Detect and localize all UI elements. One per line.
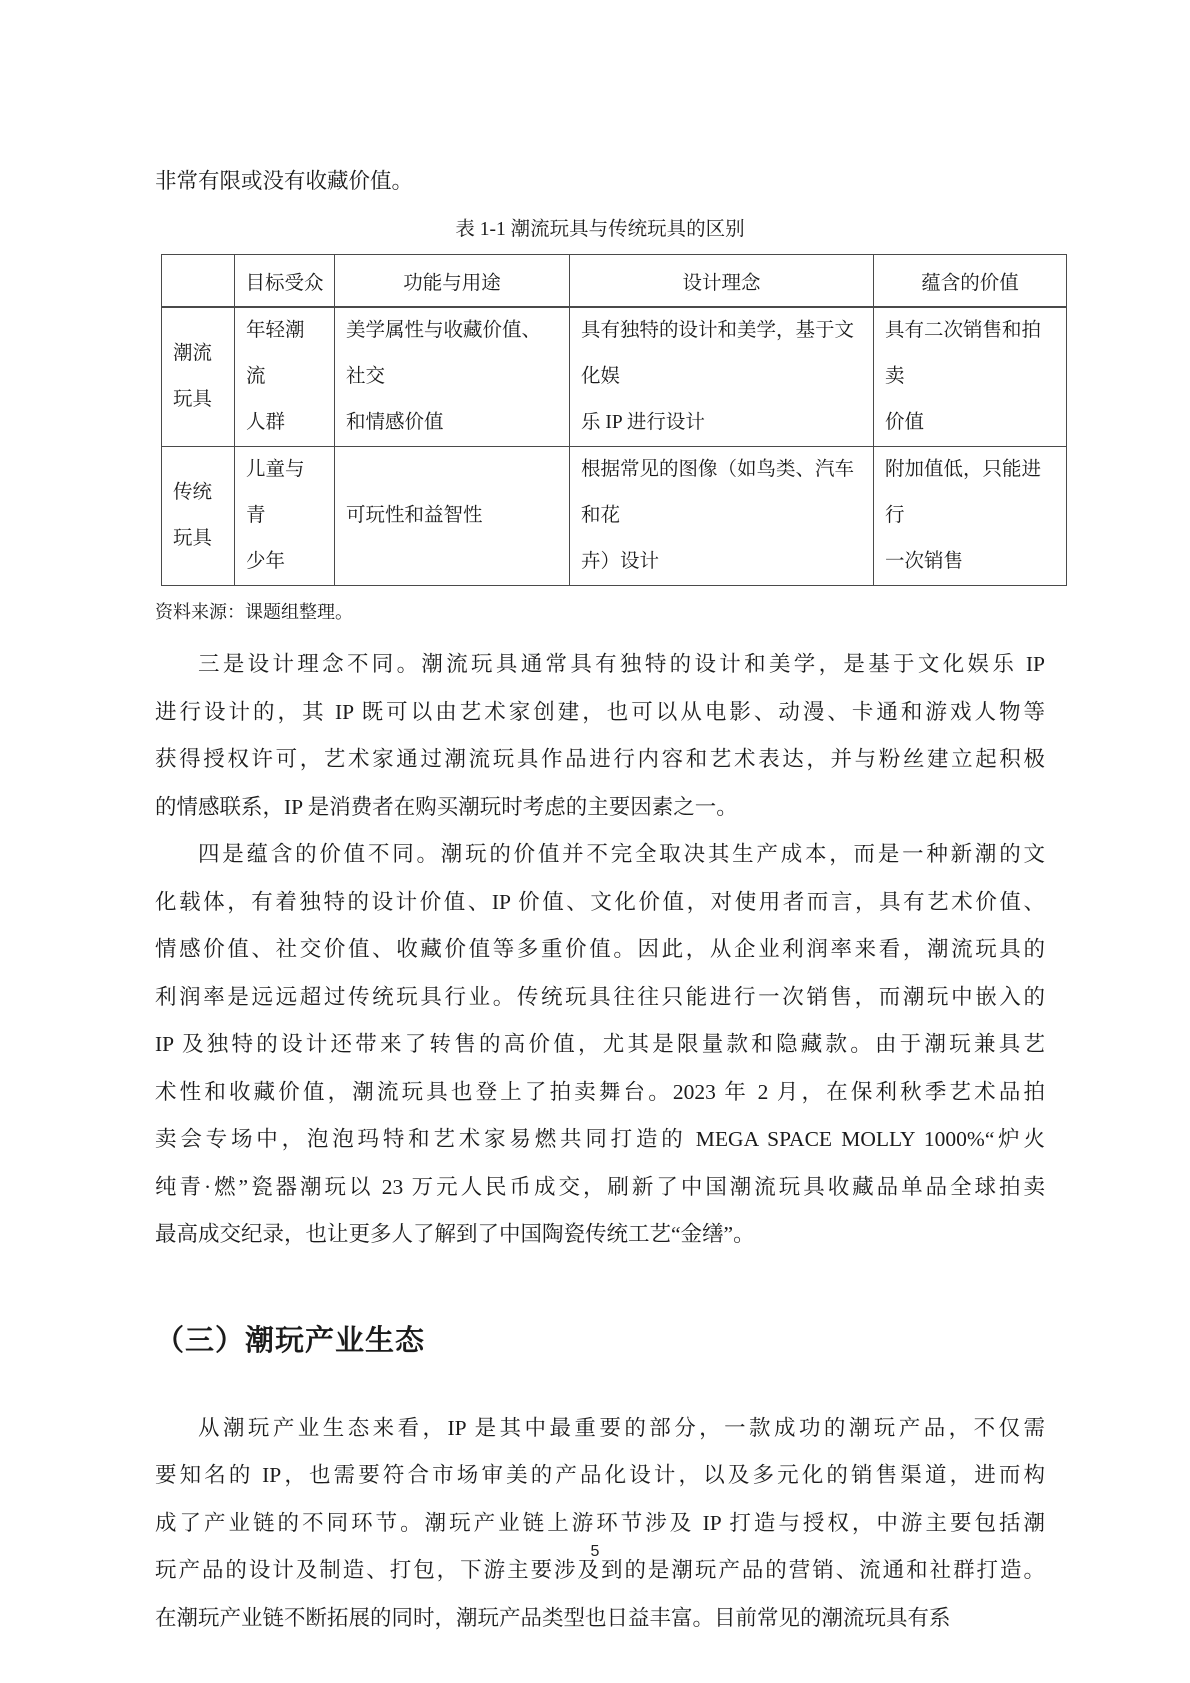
text-line: 卖会专场中，泡泡玛特和艺术家易燃共同打造的 MEGA SPACE MOLLY 1…: [155, 1116, 1045, 1164]
row-label: 潮流 玩具: [162, 307, 235, 447]
section-heading: （三）潮玩产业生态: [155, 1321, 1045, 1361]
text-line: 四是蕴含的价值不同。潮玩的价值并不完全取决其生产成本，而是一种新潮的文: [155, 831, 1045, 879]
table-cell-design: 根据常见的图像（如鸟类、汽车和花 卉）设计: [570, 447, 874, 586]
text-line: 化载体，有着独特的设计价值、IP 价值、文化价值，对使用者而言，具有艺术价值、: [155, 879, 1045, 927]
text-line: 成了产业链的不同环节。潮玩产业链上游环节涉及 IP 打造与授权，中游主要包括潮: [155, 1500, 1045, 1548]
table-cell-function: 美学属性与收藏价值、社交 和情感价值: [335, 307, 570, 447]
paragraph-industry-ecology: 从潮玩产业生态来看，IP 是其中最重要的部分，一款成功的潮玩产品，不仅需 要知名…: [155, 1405, 1045, 1643]
table-row-traditional-toys: 传统 玩具 儿童与青 少年 可玩性和益智性 根据常见的图像（如鸟类、汽车和花 卉…: [162, 447, 1067, 586]
header-cell-empty: [162, 255, 235, 308]
table-cell-audience: 年轻潮流 人群: [235, 307, 335, 447]
table-caption: 表 1-1 潮流玩具与传统玩具的区别: [155, 215, 1045, 245]
text-line: 从潮玩产业生态来看，IP 是其中最重要的部分，一款成功的潮玩产品，不仅需: [155, 1405, 1045, 1453]
table-cell-function: 可玩性和益智性: [335, 447, 570, 586]
intro-text: 非常有限或没有收藏价值。: [155, 158, 1045, 205]
text-line: 术性和收藏价值，潮流玩具也登上了拍卖舞台。2023 年 2 月，在保利秋季艺术品…: [155, 1069, 1045, 1117]
table-cell-value: 具有二次销售和拍卖 价值: [874, 307, 1067, 447]
table-cell-design: 具有独特的设计和美学，基于文化娱 乐 IP 进行设计: [570, 307, 874, 447]
table-source-note: 资料来源：课题组整理。: [155, 599, 1045, 625]
text-line: 进行设计的，其 IP 既可以由艺术家创建，也可以从电影、动漫、卡通和游戏人物等: [155, 689, 1045, 737]
text-line: 在潮玩产业链不断拓展的同时，潮玩产品类型也日益丰富。目前常见的潮流玩具有系: [155, 1595, 1045, 1643]
document-page: 非常有限或没有收藏价值。 表 1-1 潮流玩具与传统玩具的区别 目标受众 功能与…: [0, 0, 1190, 1683]
text-line: 要知名的 IP，也需要符合市场审美的产品化设计，以及多元化的销售渠道，进而构: [155, 1452, 1045, 1500]
comparison-table: 目标受众 功能与用途 设计理念 蕴含的价值 潮流 玩具 年轻潮流 人群 美学属性…: [161, 254, 1067, 586]
table-row-trendy-toys: 潮流 玩具 年轻潮流 人群 美学属性与收藏价值、社交 和情感价值 具有独特的设计…: [162, 307, 1067, 447]
table-header-row: 目标受众 功能与用途 设计理念 蕴含的价值: [162, 255, 1067, 308]
paragraph-embedded-value: 四是蕴含的价值不同。潮玩的价值并不完全取决其生产成本，而是一种新潮的文 化载体，…: [155, 831, 1045, 1259]
text-line: 的情感联系，IP 是消费者在购买潮玩时考虑的主要因素之一。: [155, 784, 1045, 832]
page-content: 非常有限或没有收藏价值。 表 1-1 潮流玩具与传统玩具的区别 目标受众 功能与…: [155, 158, 1045, 1642]
text-line: 利润率是远远超过传统玩具行业。传统玩具往往只能进行一次销售，而潮玩中嵌入的: [155, 974, 1045, 1022]
header-cell-design: 设计理念: [570, 255, 874, 308]
header-cell-audience: 目标受众: [235, 255, 335, 308]
paragraph-design-concept: 三是设计理念不同。潮流玩具通常具有独特的设计和美学，是基于文化娱乐 IP 进行设…: [155, 641, 1045, 831]
text-line: IP 及独特的设计还带来了转售的高价值，尤其是限量款和隐藏款。由于潮玩兼具艺: [155, 1021, 1045, 1069]
text-line: 最高成交纪录，也让更多人了解到了中国陶瓷传统工艺“金缮”。: [155, 1211, 1045, 1259]
table-cell-audience: 儿童与青 少年: [235, 447, 335, 586]
text-line: 情感价值、社交价值、收藏价值等多重价值。因此，从企业利润率来看，潮流玩具的: [155, 926, 1045, 974]
page-number: 5: [0, 1543, 1190, 1561]
text-line: 纯青·燃”瓷器潮玩以 23 万元人民币成交，刷新了中国潮流玩具收藏品单品全球拍卖: [155, 1164, 1045, 1212]
text-line: 三是设计理念不同。潮流玩具通常具有独特的设计和美学，是基于文化娱乐 IP: [155, 641, 1045, 689]
header-cell-value: 蕴含的价值: [874, 255, 1067, 308]
text-line: 获得授权许可，艺术家通过潮流玩具作品进行内容和艺术表达，并与粉丝建立起积极: [155, 736, 1045, 784]
header-cell-function: 功能与用途: [335, 255, 570, 308]
row-label: 传统 玩具: [162, 447, 235, 586]
table-cell-value: 附加值低，只能进行 一次销售: [874, 447, 1067, 586]
